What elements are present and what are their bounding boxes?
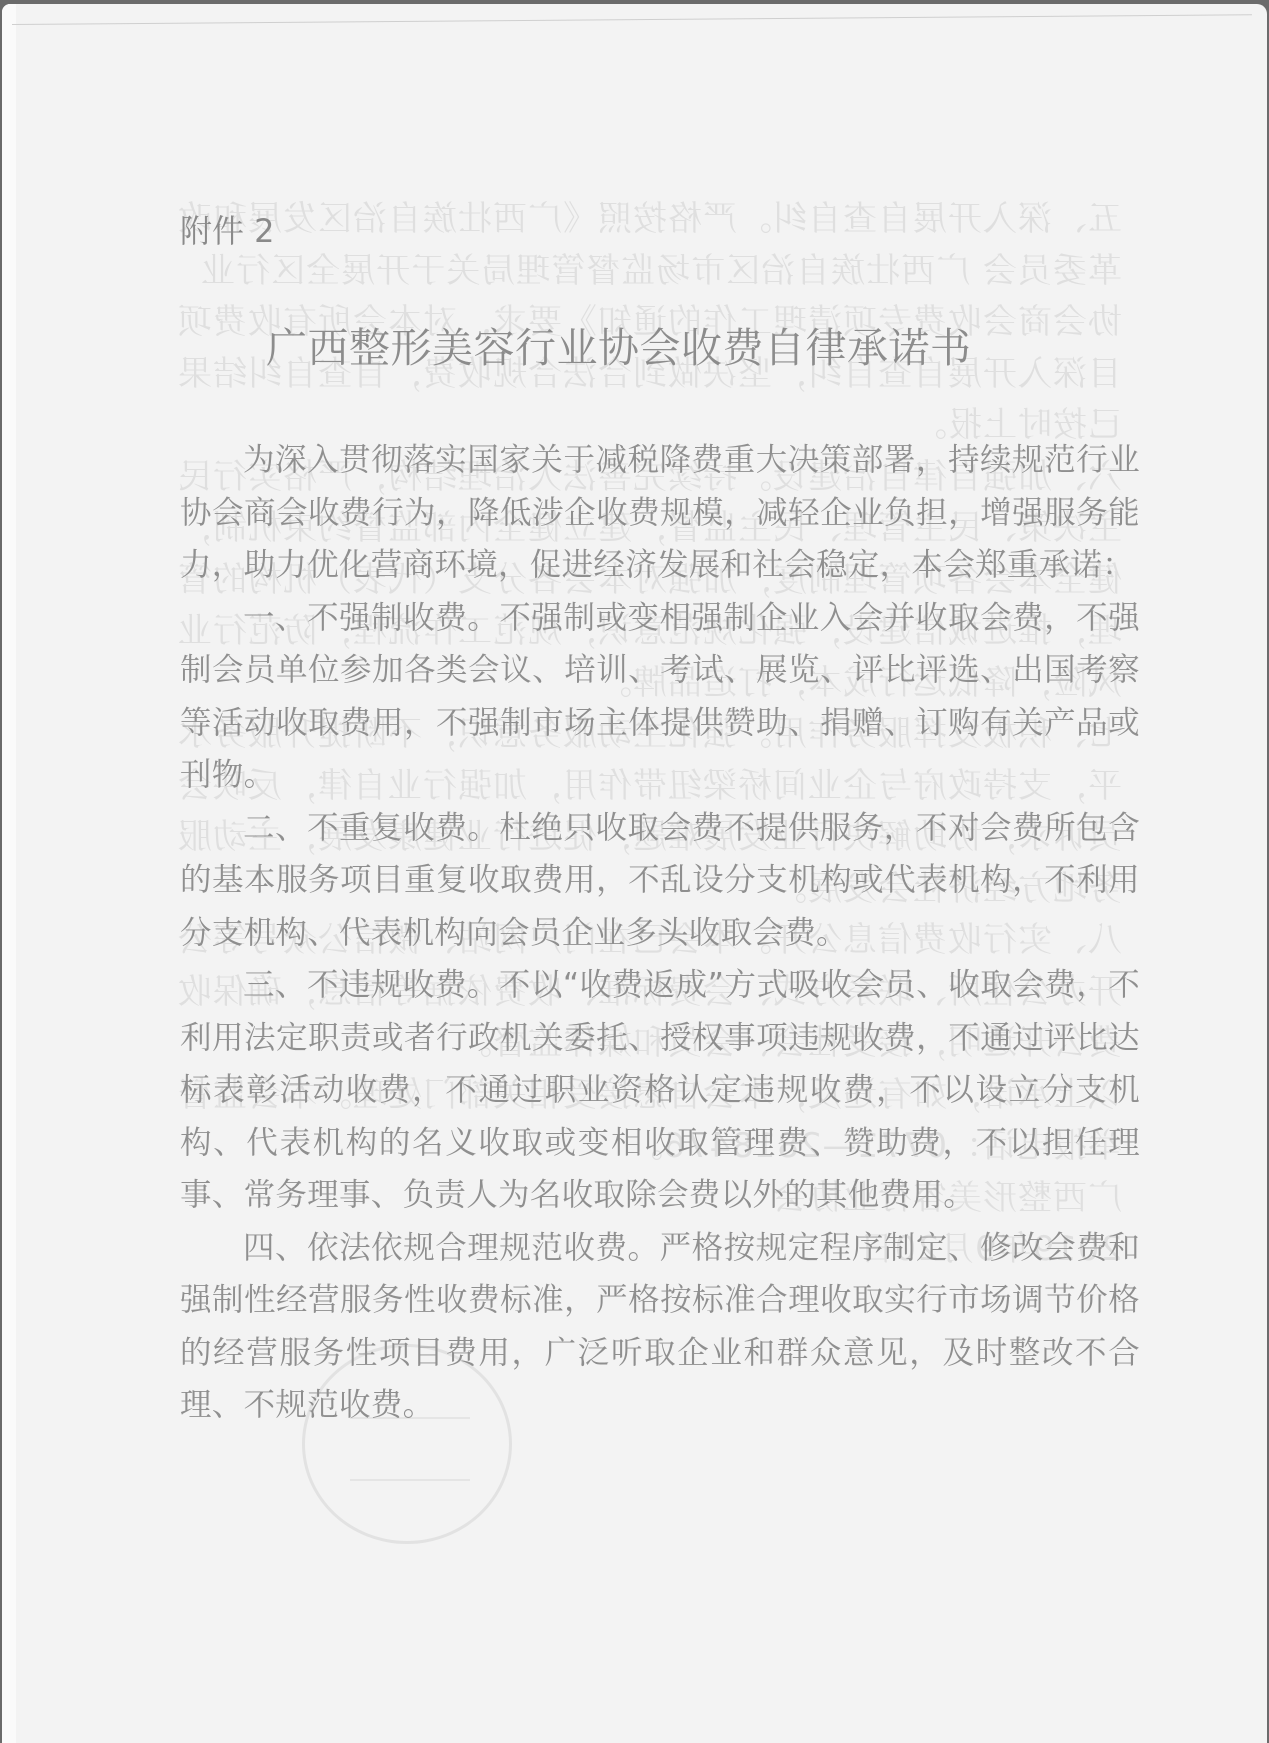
page-edge bbox=[2, 4, 16, 1743]
page-fold-line bbox=[12, 14, 1252, 25]
paragraph-no-illegal-fees: 三、不违规收费。不以“收费返成”方式吸收会员、收取会费，不利用法定职责或者行政机… bbox=[180, 959, 1140, 1222]
paragraph-lawful-fees: 四、依法依规合理规范收费。严格按规定程序制定、修改会费和强制性经营服务性收费标准… bbox=[180, 1222, 1140, 1432]
document-title: 广西整形美容行业协会收费自律承诺书 bbox=[266, 322, 972, 374]
paragraph-no-duplicate-fees: 二、不重复收费。杜绝只收取会费不提供服务，不对会费所包含的基本服务项目重复收取费… bbox=[180, 802, 1140, 960]
document-body: 为深入贯彻落实国家关于减税降费重大决策部署，持续规范行业协会商会收费行为，降低涉… bbox=[180, 434, 1140, 1432]
scanned-page: 五、深入开展自查自纠。严格按照《广西壮族自治区发展和改革委员会 广西壮族自治区市… bbox=[2, 4, 1267, 1743]
paragraph-intro: 为深入贯彻落实国家关于减税降费重大决策部署，持续规范行业协会商会收费行为，降低涉… bbox=[180, 434, 1140, 592]
attachment-label: 附件 2 bbox=[180, 211, 275, 251]
paragraph-no-forced-fees: 一、不强制收费。不强制或变相强制企业入会并收取会费，不强制会员单位参加各类会议、… bbox=[180, 592, 1140, 802]
